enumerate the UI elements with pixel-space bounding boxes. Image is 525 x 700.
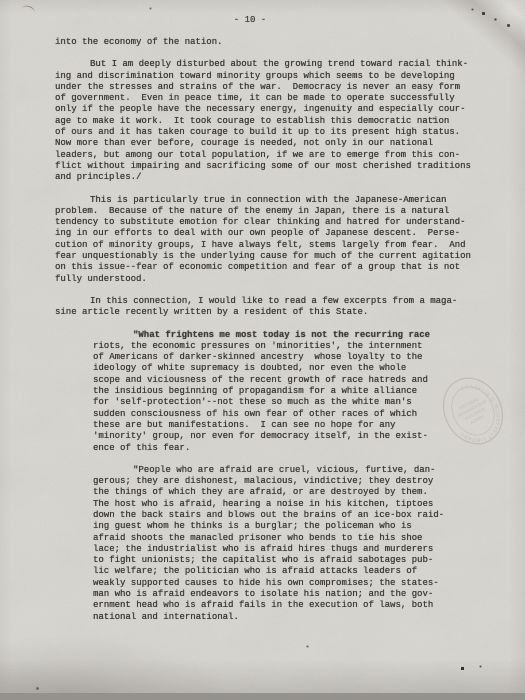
paragraph: into the economy of the nation. (55, 37, 495, 48)
paragraph: But I am deeply disturbed about the grow… (55, 59, 495, 183)
blockquote-paragraph: "People who are afraid are cruel, viciou… (55, 465, 495, 623)
paper: - 10 - into the economy of the nation. B… (0, 0, 525, 693)
paragraph: In this connection, I would like to read… (55, 296, 495, 319)
scan-specks (0, 0, 1, 1)
paragraph: This is particularly true in connection … (55, 195, 495, 285)
document-body: into the economy of the nation. But I am… (55, 37, 495, 634)
blockquote-paragraph: "What frightens me most today is not the… (55, 330, 495, 454)
scanned-document-viewport: { "colors": { "paper": "#d8d6d1", "ink":… (0, 0, 525, 700)
page-number: - 10 - (0, 15, 500, 25)
